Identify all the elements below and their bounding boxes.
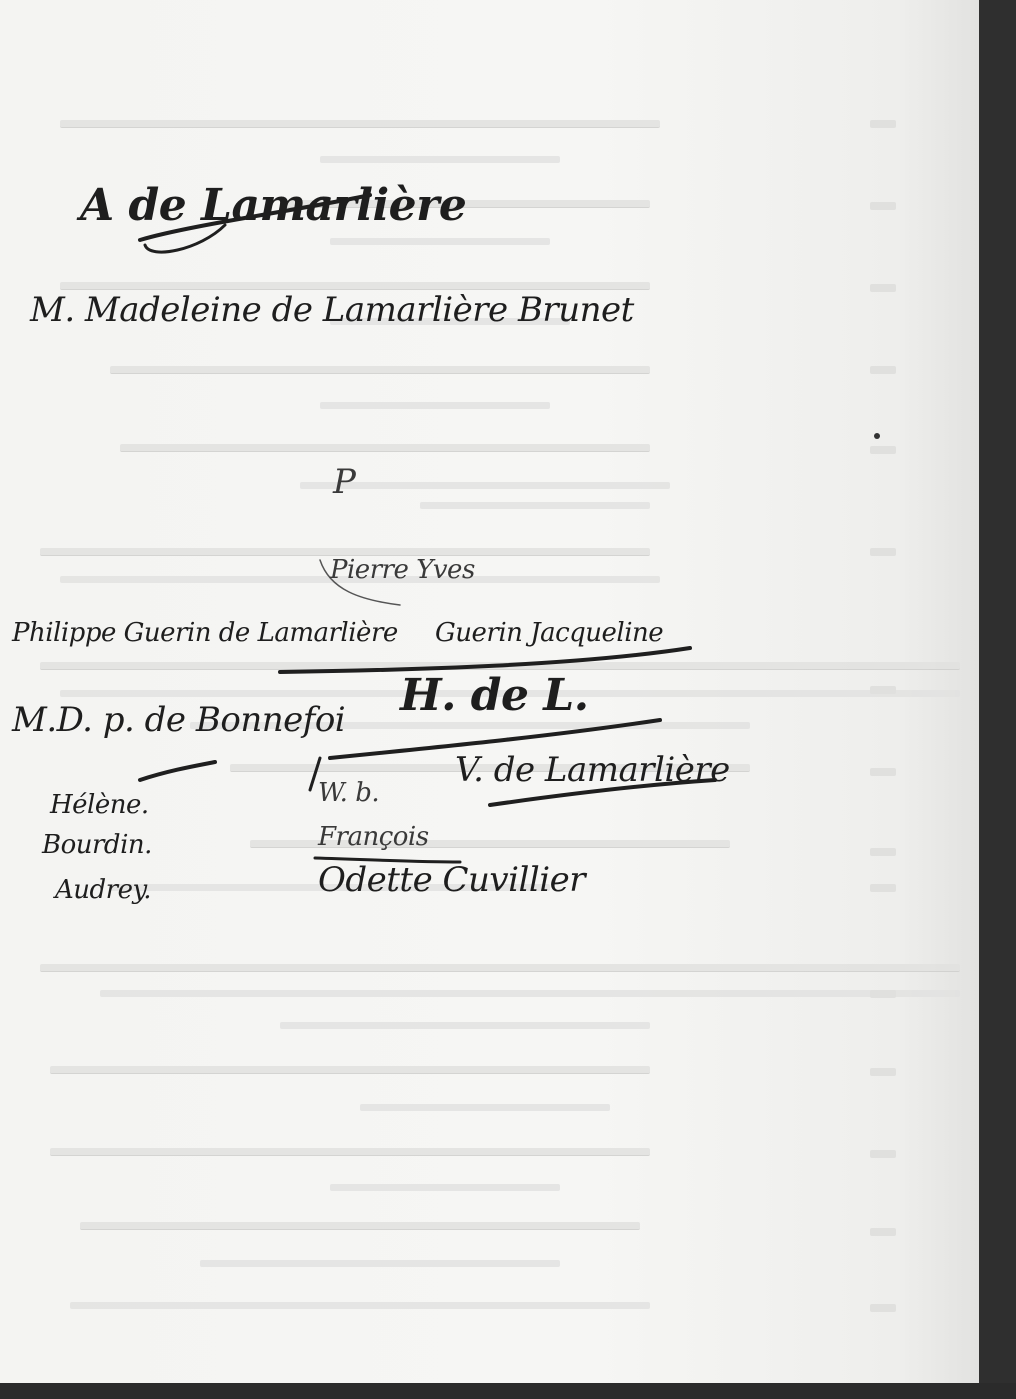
- signature-initials: W. b.: [318, 778, 379, 808]
- signature-v-de-lamarliere: V. de Lamarlière: [455, 750, 730, 790]
- scanner-edge-right: [979, 0, 1016, 1399]
- signature-odette-cuvillier: Odette Cuvillier: [318, 860, 585, 900]
- signature-h-de-l: H. de L.: [400, 670, 589, 721]
- signature-francois: François: [318, 822, 429, 852]
- signature-m-madeleine: M. Madeleine de Lamarlière Brunet: [30, 290, 634, 330]
- signature-a-de-lamarliere: A de Lamarlière: [80, 180, 466, 231]
- signature-philippe: Philippe Guerin de Lamarlière: [12, 618, 398, 648]
- signature-pierre-yves: Pierre Yves: [330, 555, 475, 585]
- signature-m-d-p: M.D. p. de Bonnefoi: [12, 700, 345, 740]
- signature-helene: Hélène.: [50, 790, 149, 820]
- scanner-edge-bottom: [0, 1383, 1016, 1399]
- signature-guerin-jacqueline: Guerin Jacqueline: [435, 618, 663, 648]
- signature-bourdin: Bourdin.: [42, 830, 152, 860]
- signature-p: P: [333, 462, 355, 502]
- ink-spot: [874, 433, 880, 439]
- signature-audrey: Audrey.: [55, 875, 151, 905]
